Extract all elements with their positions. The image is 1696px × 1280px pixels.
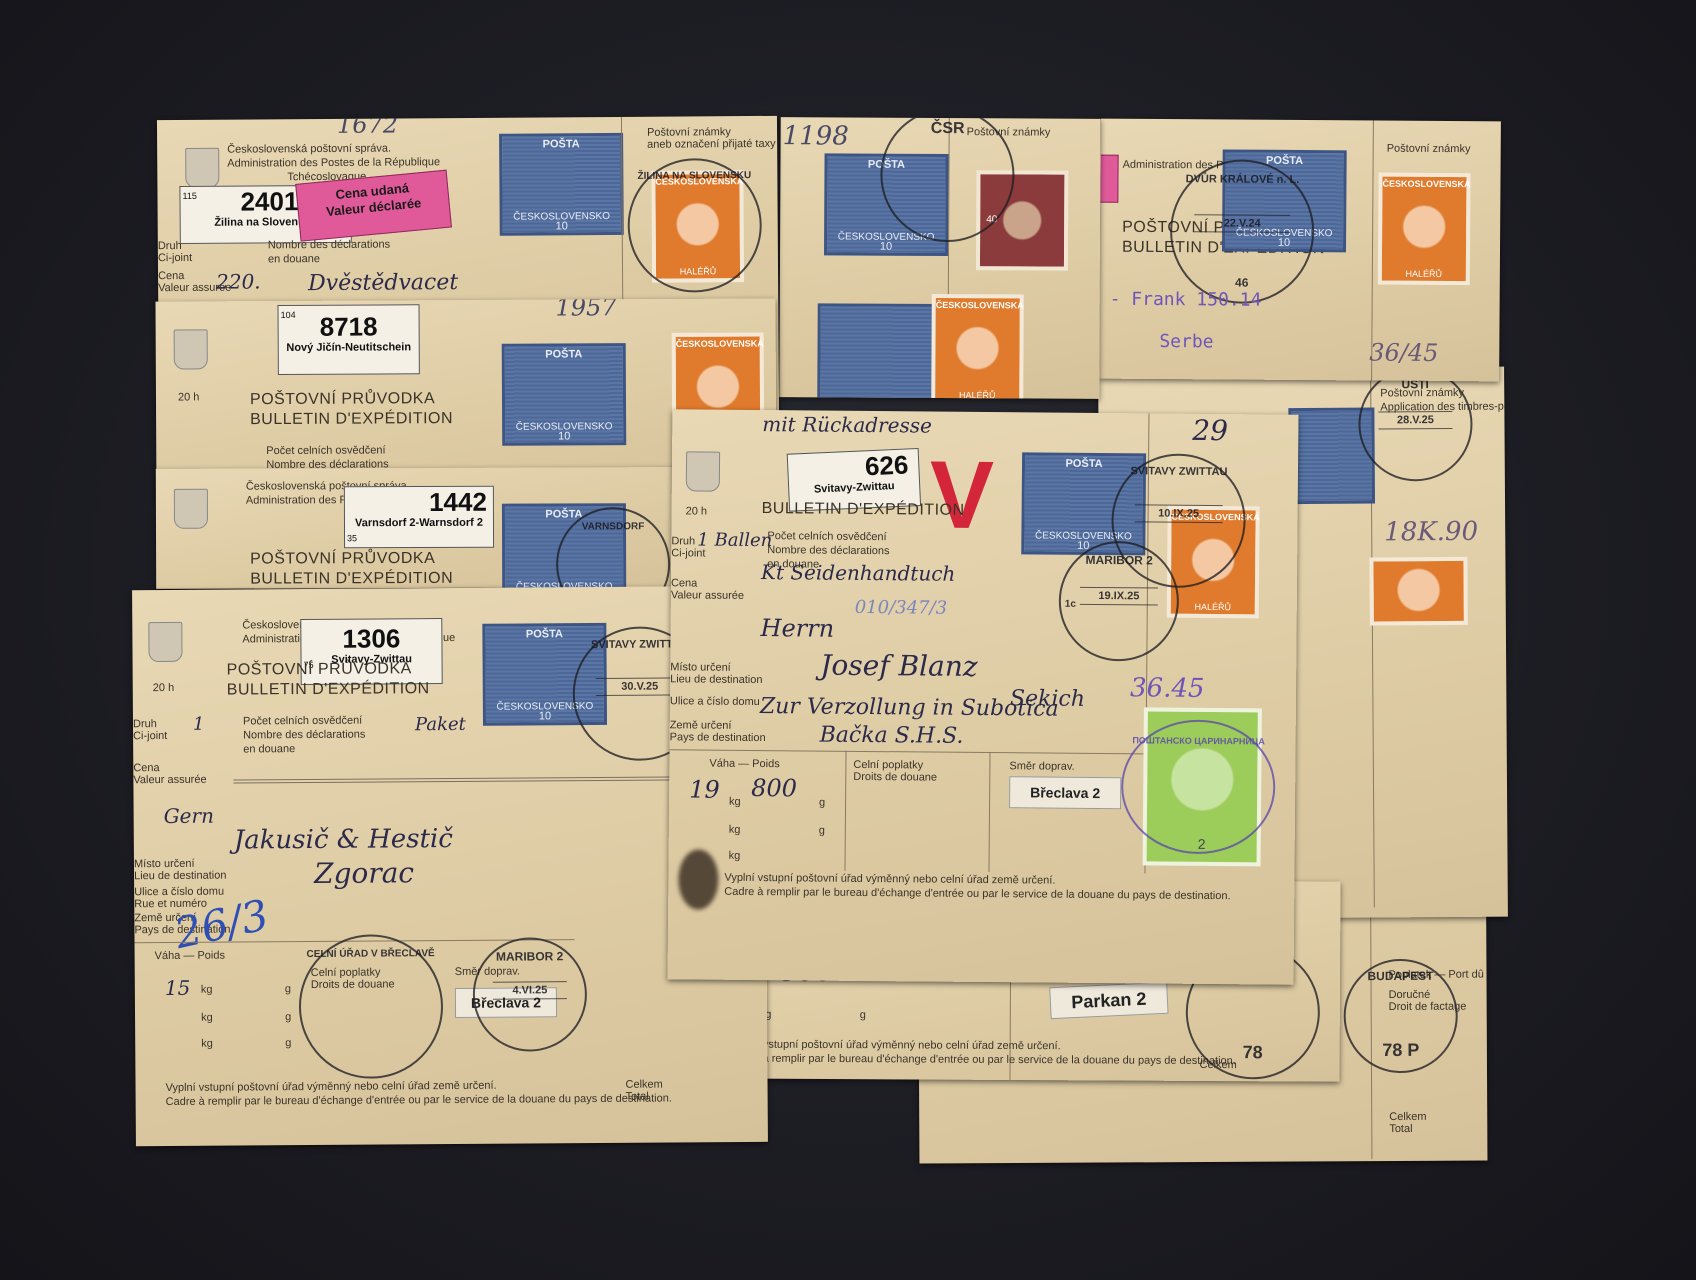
postmark-customs-breclav: CELNÍ ÚŘAD V BŘECLAVĚ [298, 934, 443, 1079]
card-1442: Československá poštovní správa. Administ… [156, 467, 676, 589]
handwritten-number: 1672 [337, 116, 398, 139]
addressee-line-2: Zur Verzollung in Subotica [760, 694, 1059, 722]
big-v-marking: V [929, 448, 994, 545]
pencil-amount: 36/45 [1369, 338, 1438, 366]
addressee-name: Josef Blanz [820, 649, 978, 683]
card-dvorkralove: Administration des Postes de la Républiq… [1099, 119, 1501, 382]
crest-emblem [174, 329, 208, 369]
destination: Zgorac [314, 856, 414, 890]
stamp-hradcany-10: POŠTAČESKOSLOVENSKO10 [502, 343, 627, 446]
crest-emblem [148, 622, 182, 662]
postmark-maribor: MARIBOR 24.VI.25 [473, 937, 588, 1052]
card-626: mit Rückadresse 29 20 h 626 Svitavy-Zwit… [668, 409, 1299, 984]
violet-amount: 36.45 [1130, 673, 1205, 704]
direction-label: Parkan 2 [1049, 982, 1168, 1020]
stamp-masaryk-40: ČESKOSLOVENSKÁHALÉŘŮ [1378, 173, 1471, 286]
postmark-maribor: MARIBOR 219.IX.251c [1058, 541, 1179, 662]
typed-frank-line: - Frank 150.14 [1110, 289, 1262, 311]
addressee-line-3: Bačka S.H.S. [820, 723, 964, 749]
stamp-masaryk-40: ČESKOSLOVENSKÁHALÉŘŮ [931, 294, 1024, 399]
postmark-green-customs: ПОШТАНСКО ЦАРИНАРНИЦА [1121, 719, 1276, 854]
stamp-masaryk-40 [1369, 557, 1467, 626]
addressee-title: Gern [164, 804, 214, 828]
declared-value: 220. [216, 269, 261, 293]
declared-value-words: Dvěstědvacet [308, 270, 458, 296]
stamp-hradcany-10: POŠTAČESKOSLOVENSKO10 [499, 133, 624, 236]
registration-label: 104 8718 Nový Jičín-Neutitschein [277, 304, 419, 375]
registration-label: 35 1442 Varnsdorf 2-Warnsdorf 2 [344, 486, 494, 549]
count-number: 29 [1192, 414, 1228, 447]
addressee-title: Herrn [760, 614, 834, 643]
ink-stain [678, 849, 719, 909]
card-middle-top: 1198 POŠTAČESKOSLOVENSKO10 Poštovní znám… [779, 117, 1100, 399]
weight-g: 800 [751, 774, 797, 802]
pink-label [1099, 155, 1119, 203]
crest-emblem [185, 148, 219, 188]
weight-kg: 15 [165, 976, 191, 1000]
handwritten-number: 1957 [555, 298, 616, 321]
blue-reference: 010/347/3 [855, 597, 947, 619]
druh-description: Paket [415, 714, 466, 735]
postmark-zilina: ŽILINA NA SLOVENSKU [627, 158, 762, 293]
contents: Kt Seidenhandtuch [761, 560, 955, 586]
pencil-amount: 18K.90 [1384, 517, 1478, 548]
addressee-name: Jakusič & Hestič [234, 824, 453, 856]
postmark-budapest: BUDAPEST78 P [1343, 959, 1458, 1074]
handwritten-number: 1198 [783, 121, 849, 151]
druh-value: 1 Ballen [697, 530, 772, 552]
druh-value: 1 [193, 714, 205, 735]
crest-emblem [174, 489, 208, 529]
postmark-dvur-kralove: DVŮR KRÁLOVÉ n. L.22.V.2446 [1170, 159, 1315, 304]
stamp-hradcany-10-b [817, 303, 942, 398]
crest-emblem [686, 451, 720, 491]
violet-serbe: Serbe [1159, 331, 1213, 352]
postmark-usti: USTÍ28.V.25 [1358, 367, 1473, 482]
weight-kg: 19 [689, 775, 720, 803]
handwritten-note: mit Rückadresse [762, 412, 932, 437]
direction-label: Břeclava 2 [1009, 776, 1121, 809]
